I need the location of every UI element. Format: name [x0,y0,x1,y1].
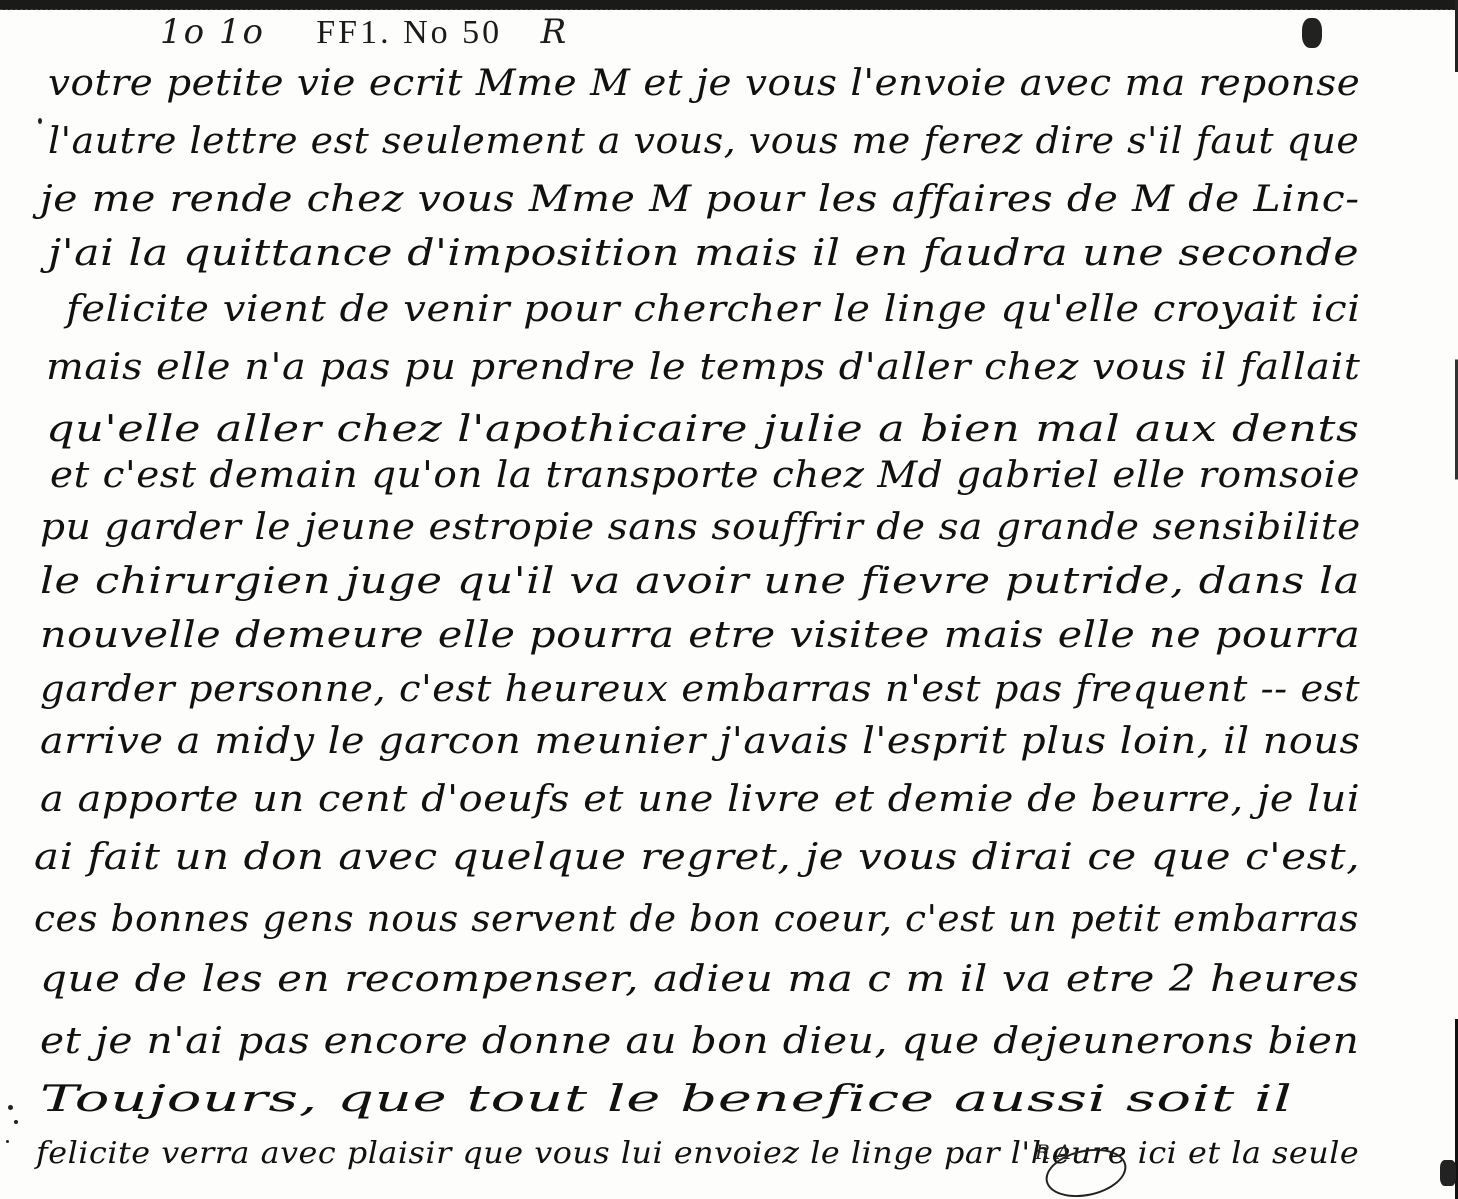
ink-blot [1440,1160,1456,1186]
header-prefix: 1o 1o [160,12,265,52]
scan-top-border [0,0,1458,10]
letter-line-4: j'ai la quittance d'imposition mais il e… [48,232,1359,276]
letter-line-9: pu garder le jeune estropie sans souffri… [40,506,1361,550]
header-suffix: R [541,12,569,52]
letter-line-13: arrive a midy le garcon meunier j'avais … [40,720,1360,764]
letter-line-6: mais elle n'a pas pu prendre le temps d'… [46,346,1360,390]
signature-monogram: R A [1015,1140,1135,1195]
letter-line-14: a apporte un cent d'oeufs et une livre e… [40,778,1360,822]
archive-stamp: FF1. No 50 [316,14,502,51]
manuscript-page: 1o 1o FF1. No 50 R votre petite vie ecri… [0,0,1458,1199]
letter-line-18: et je n'ai pas encore donne au bon dieu,… [40,1020,1359,1064]
letter-line-11: nouvelle demeure elle pourra etre visite… [40,614,1360,658]
letter-line-2: l'autre lettre est seulement a vous, vou… [48,120,1359,164]
archive-reference: 1o 1o FF1. No 50 R [160,12,568,62]
letter-line-16: ces bonnes gens nous servent de bon coeu… [34,898,1359,942]
ink-blot [1302,18,1322,48]
letter-line-20: felicite verra avec plaisir que vous lui… [36,1132,1359,1176]
letter-line-12: garder personne, c'est heureux embarras … [40,668,1360,712]
letter-line-5: felicite vient de venir pour chercher le… [66,288,1361,332]
letter-line-8: et c'est demain qu'on la transporte chez… [50,454,1360,498]
ink-speck [6,1140,9,1143]
ink-speck [14,1120,18,1124]
ink-speck [8,1105,13,1110]
letter-line-7: qu'elle aller chez l'apothicaire julie a… [46,408,1360,452]
letter-line-15: ai fait un don avec quelque regret, je v… [34,836,1360,880]
letter-line-10: le chirurgien juge qu'il va avoir une fi… [40,560,1360,604]
letter-line-1: votre petite vie ecrit Mme M et je vous … [48,62,1360,106]
letter-line-3: je me rende chez vous Mme M pour les aff… [40,178,1360,222]
letter-line-17: que de les en recompenser, adieu ma c m … [40,958,1359,1002]
ink-speck [38,118,42,124]
letter-line-19: Toujours, que tout le benefice aussi soi… [40,1078,1293,1122]
signature-initials: R A [1035,1140,1071,1164]
